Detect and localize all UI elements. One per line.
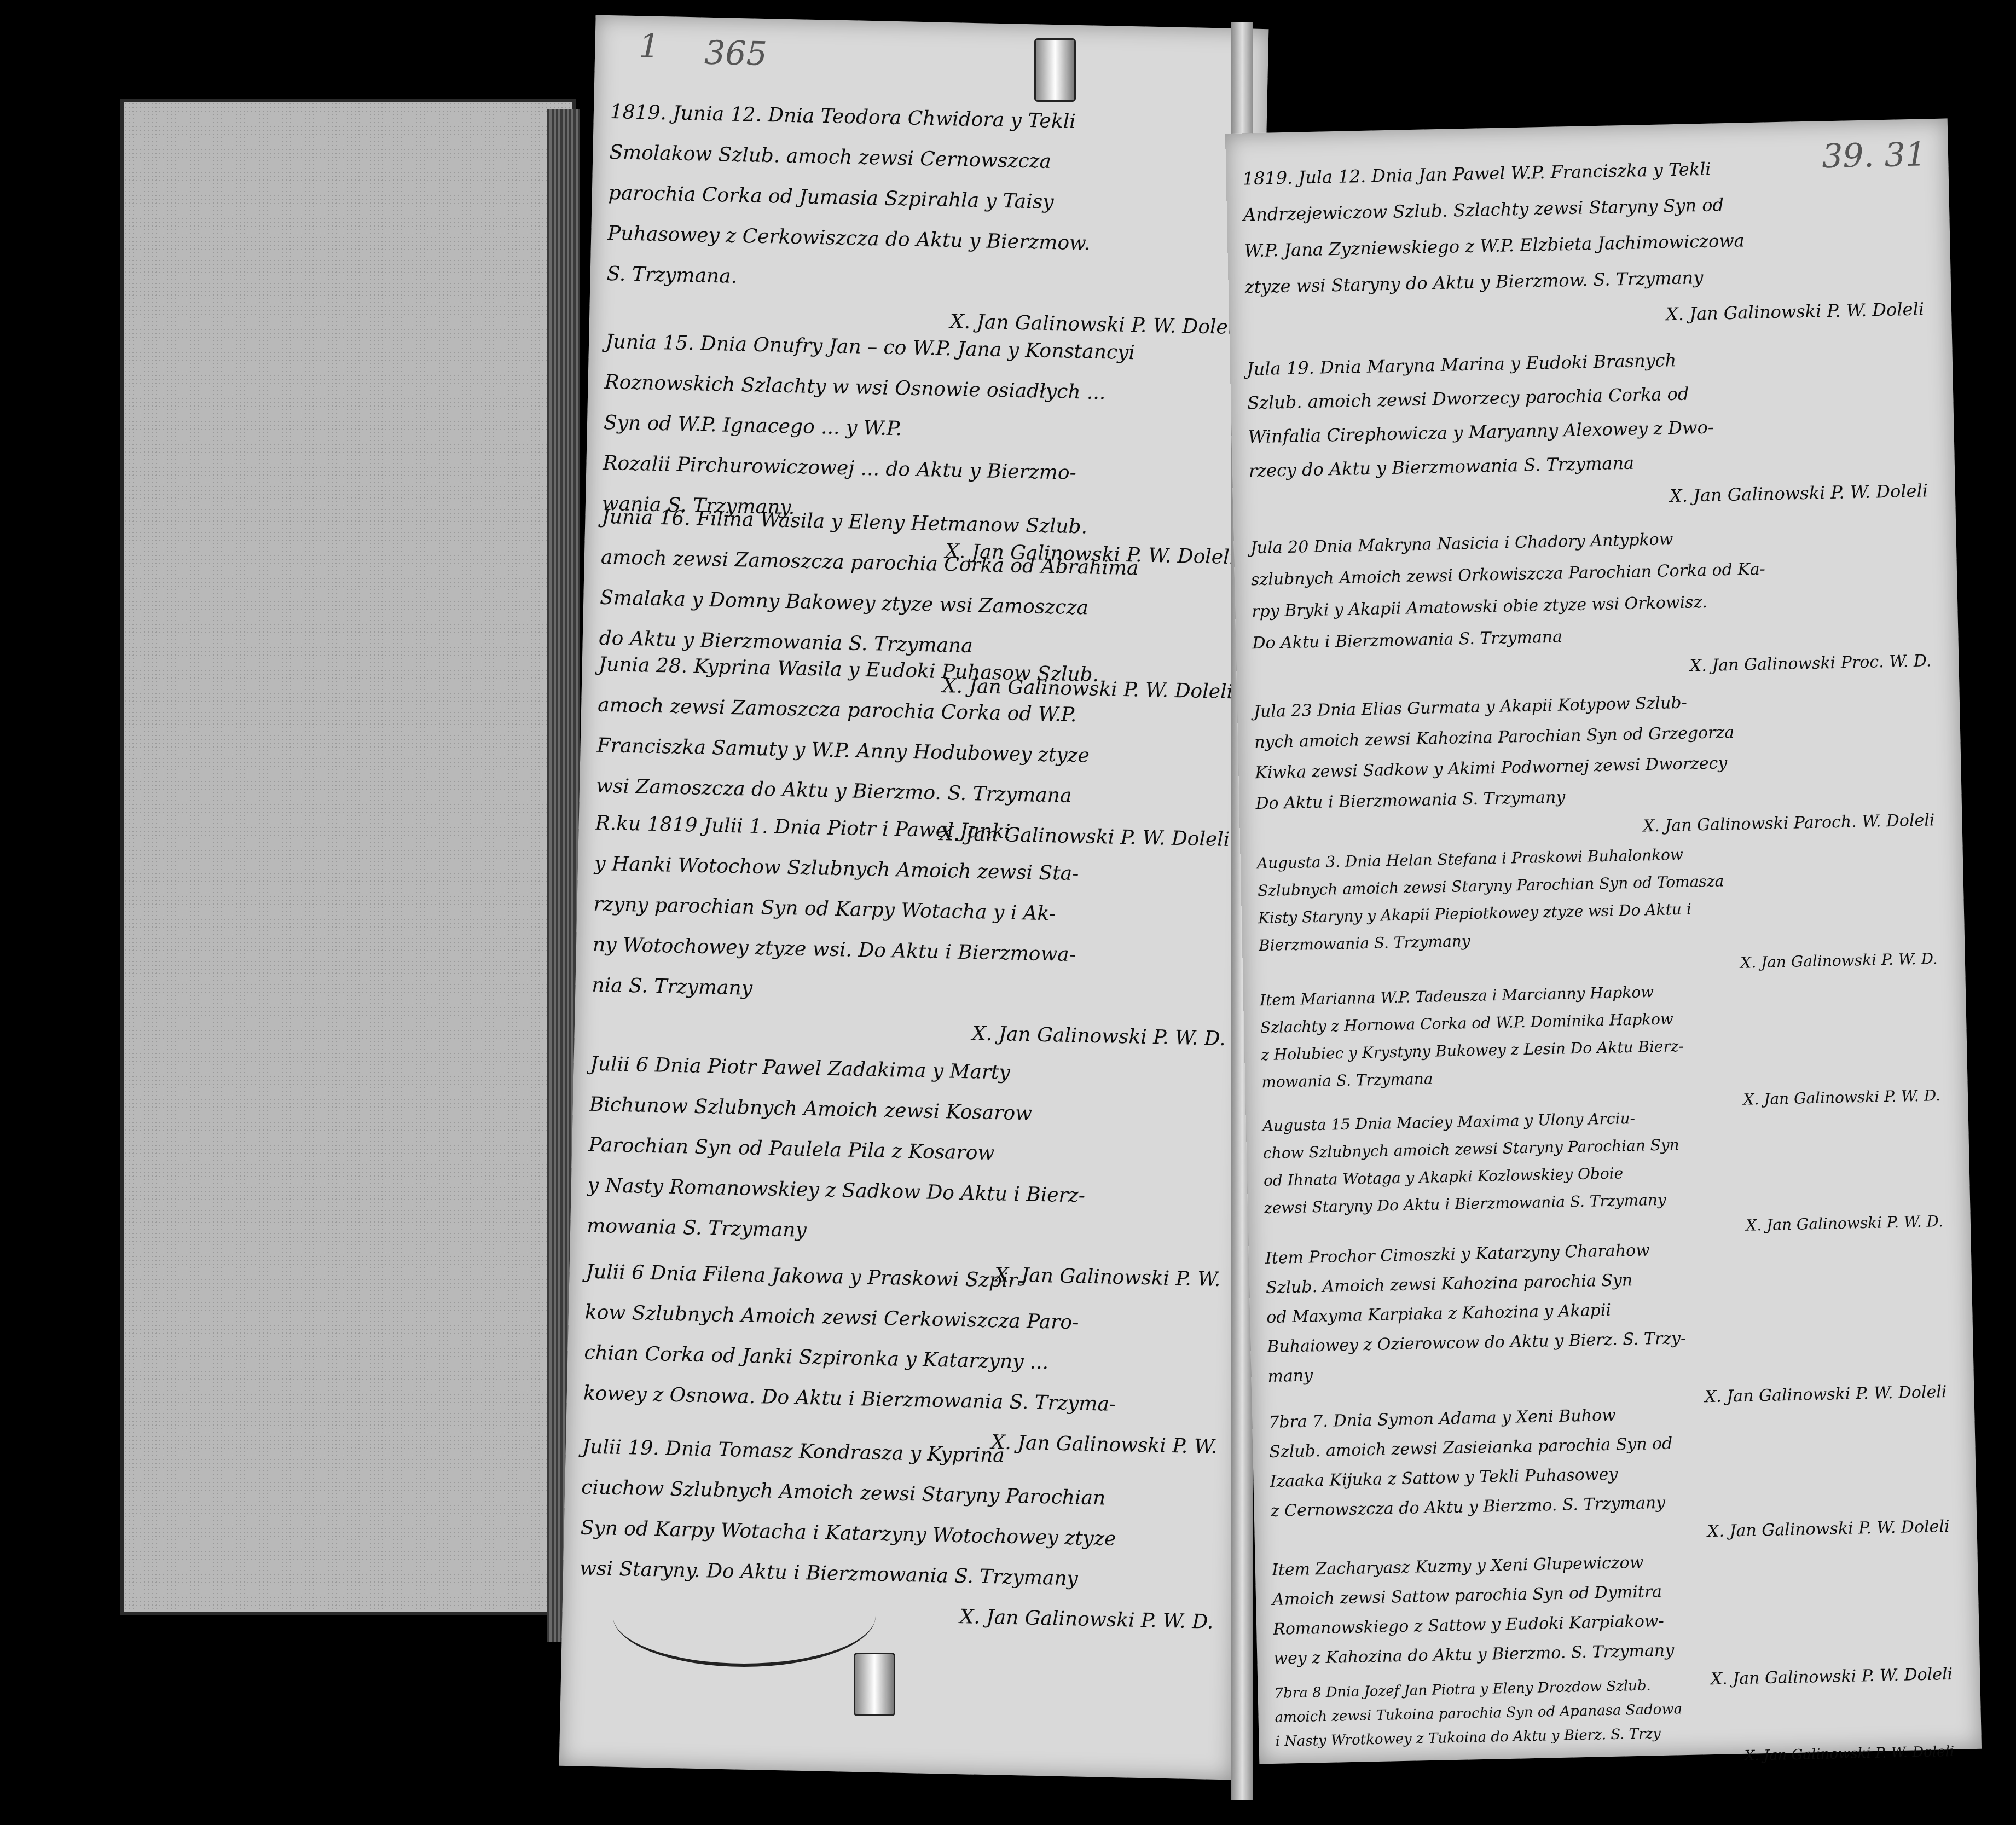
- metal-clip-icon: [1034, 38, 1076, 102]
- right-register-page: 39. 31 1819. Jula 12. Dnia Jan Pawel W.P…: [1225, 119, 1982, 1764]
- ink-flourish: [613, 1565, 876, 1667]
- register-entry: Item Prochor Cimoszki y Katarzyny Charah…: [1265, 1230, 1958, 1421]
- priest-signature: X. Jan Galinowski P. W. Doleli: [1245, 291, 1936, 341]
- register-entry: 1819. Jula 12. Dnia Jan Pawel W.P. Franc…: [1242, 146, 1936, 341]
- left-register-page: 1 365 1819. Junia 12. Dnia Teodora Chwid…: [559, 15, 1269, 1780]
- register-entry: Augusta 3. Dnia Helan Stefana i Praskowi…: [1256, 836, 1949, 987]
- folio-number: 365: [704, 34, 768, 73]
- register-entry: 1819. Junia 12. Dnia Teodora Chwidora y …: [605, 92, 1256, 349]
- register-entry: 7bra 7. Dnia Symon Adama y Xeni Buhow Sz…: [1268, 1394, 1961, 1556]
- metal-clip-icon: [854, 1653, 895, 1716]
- register-entry: R.ku 1819 Julii 1. Dnia Piotr i Pawel Ja…: [590, 803, 1241, 1060]
- book-cover-board: [120, 99, 576, 1615]
- register-entry: Jula 20 Dnia Makryna Nasicia i Chadory A…: [1250, 518, 1943, 691]
- margin-mark: 1: [639, 27, 661, 66]
- priest-signature: X. Jan Galinowski P. W. Doleli: [1249, 473, 1939, 522]
- register-entry: Jula 23 Dnia Elias Gurmata y Akapii Koty…: [1254, 682, 1947, 850]
- register-entry: Jula 19. Dnia Maryna Marina y Eudoki Bra…: [1246, 338, 1939, 522]
- register-entry: Augusta 15 Dnia Maciey Maxima y Ulony Ar…: [1262, 1098, 1954, 1249]
- register-entry: 7bra 8 Dnia Jozef Jan Piotra y Eleny Dro…: [1274, 1667, 1965, 1778]
